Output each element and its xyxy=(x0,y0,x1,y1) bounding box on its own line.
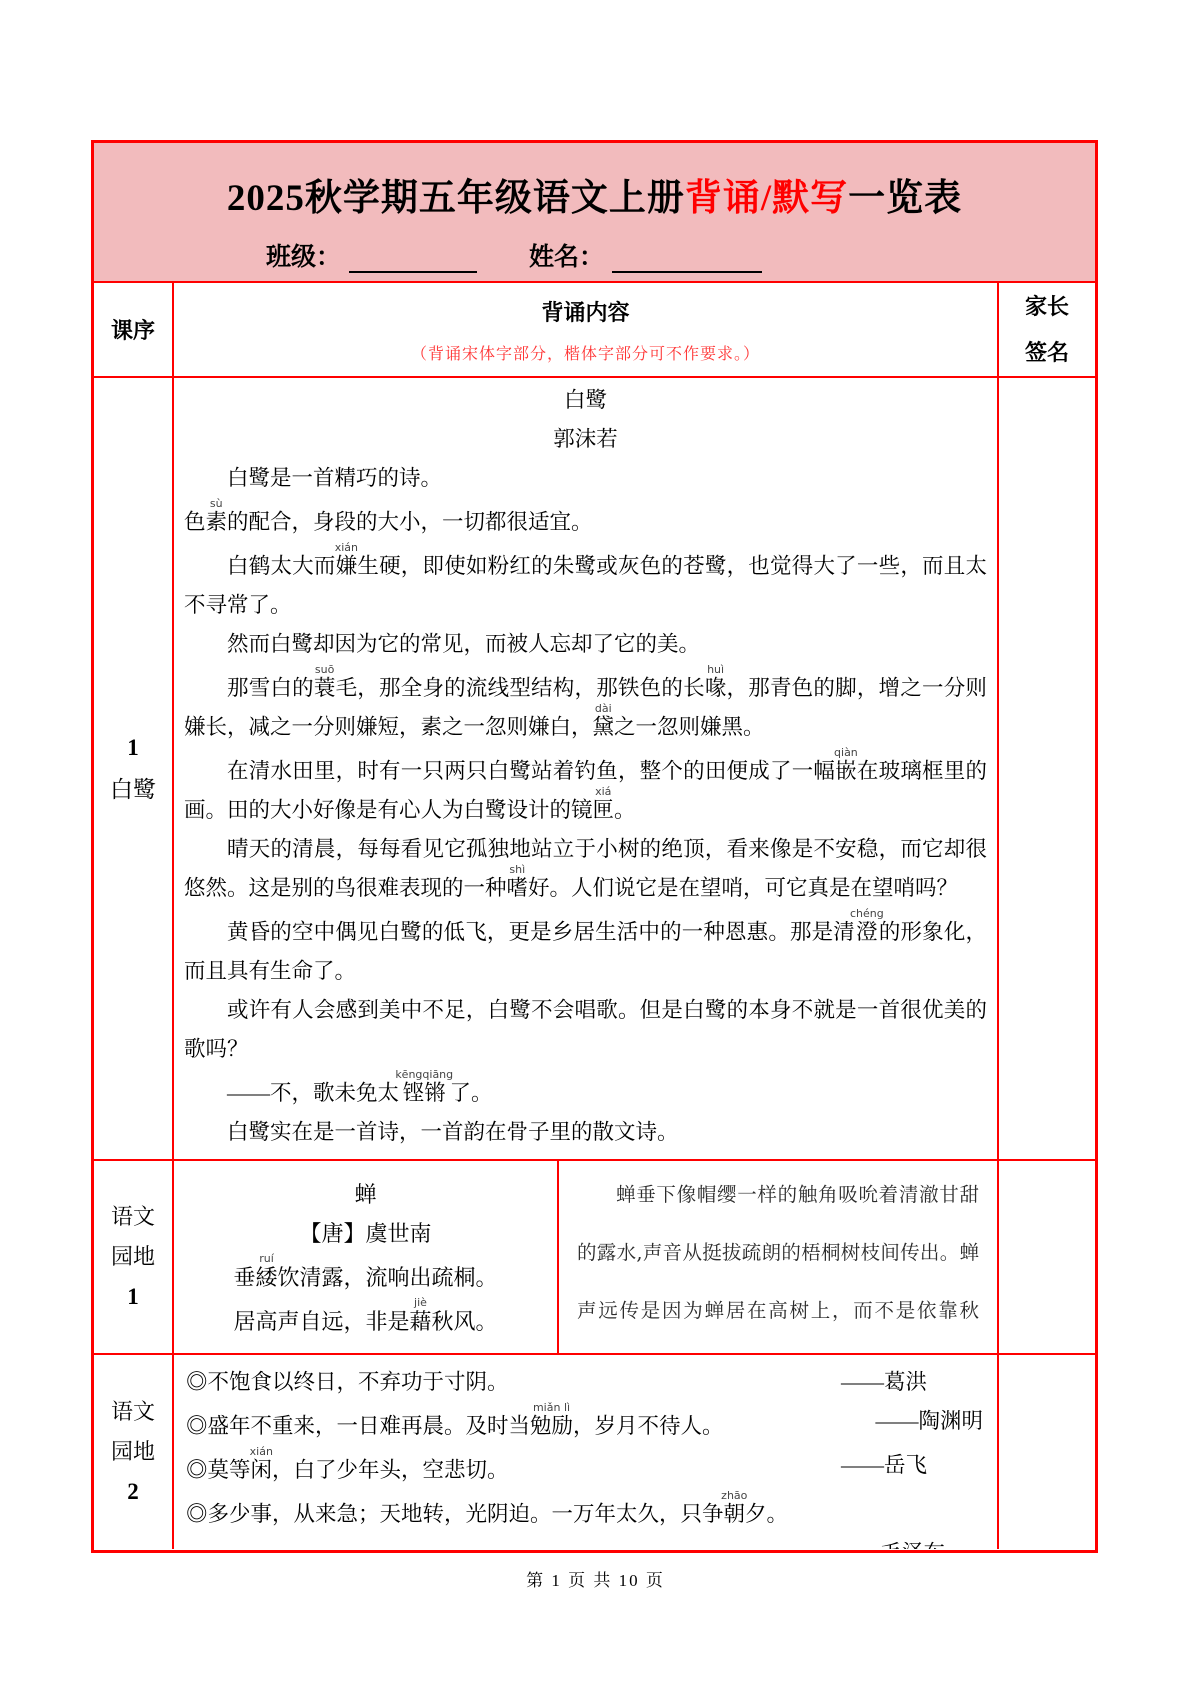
document-header: 2025秋学期五年级语文上册背诵/默写一览表 班级：姓名： xyxy=(94,143,1095,283)
essay-paragraph: ——不，歌未免太铿锵kēngqiāng了。 xyxy=(184,1069,987,1113)
recitation-font-note: （背诵宋体字部分，楷体字部分可不作要求。） xyxy=(411,341,760,364)
lesson1-order-cell: 1 白鹭 xyxy=(94,378,174,1161)
poem-line: 垂緌ruí饮清露，流响出疏桐。 xyxy=(233,1253,497,1297)
essay-paragraph: 在清水田里，时有一只两只白鹭站着钓鱼，整个的田便成了一幅嵌qiàn在玻璃框里的画… xyxy=(184,747,987,830)
essay-paragraph: 白鹭是一首精巧的诗。 xyxy=(184,459,987,498)
column-header-parent-signature: 家长 签名 xyxy=(999,283,1095,378)
lesson1-name: 白鹭 xyxy=(110,769,156,811)
garden1-content-cell: 蝉 【唐】虞世南 垂緌ruí饮清露，流响出疏桐。 居高声自远，非是藉jiè秋风。… xyxy=(174,1161,999,1355)
garden2-label-line1: 语文 xyxy=(111,1392,155,1432)
poem-cicada: 蝉 【唐】虞世南 垂緌ruí饮清露，流响出疏桐。 居高声自远，非是藉jiè秋风。 xyxy=(174,1161,559,1353)
page-number: 第 1 页 共 10 页 xyxy=(0,1566,1191,1591)
garden2-quotes-cell: ◎不饱食以终日，不弃功于寸阴。 ——葛洪 ◎盛年不重来，一日难再晨。及时当勉励m… xyxy=(174,1355,999,1549)
essay-paragraph: 或许有人会感到美中不足，白鹭不会唱歌。但是白鹭的本身不就是一首很优美的歌吗？ xyxy=(184,991,987,1069)
quote-author: ——毛泽东 xyxy=(186,1534,983,1549)
lesson1-number: 1 xyxy=(127,727,139,769)
garden1-label-line2: 园地 xyxy=(111,1237,155,1277)
name-label: 姓名： xyxy=(529,243,604,271)
page-title: 2025秋学期五年级语文上册背诵/默写一览表 xyxy=(94,143,1095,221)
essay-paragraph: 色素sù的配合，身段的大小，一切都很适宜。 xyxy=(184,498,987,542)
class-label: 班级： xyxy=(266,243,341,271)
quote-item: ◎盛年不重来，一日难再晨。及时当勉励miǎn lì，岁月不待人。 ——陶渊明 xyxy=(186,1402,983,1446)
poem-explanation-note: 蝉垂下像帽缨一样的触角吸吮着清澈甘甜的露水,声音从挺拔疏朗的梧桐树枝间传出。蝉声… xyxy=(559,1161,997,1353)
essay-paragraph: 然而白鹭却因为它的常见，而被人忘却了它的美。 xyxy=(184,625,987,664)
quote-text: ◎多少事，从来急；天地转，光阴迫。一万年太久，只争朝zhāo夕。 xyxy=(186,1490,788,1534)
garden1-label-cell: 语文 园地 1 xyxy=(94,1161,174,1355)
garden1-label-line1: 语文 xyxy=(111,1197,155,1237)
essay-paragraph: 那雪白的蓑suō毛，那全身的流线型结构，那铁色的长喙huì，那青色的脚，增之一分… xyxy=(184,664,987,747)
garden1-signature-cell[interactable] xyxy=(999,1161,1095,1355)
column-header-lesson-order: 课序 xyxy=(94,283,174,378)
essay-author: 郭沫若 xyxy=(184,420,987,459)
quote-author: ——岳飞 xyxy=(841,1446,927,1490)
garden2-signature-cell[interactable] xyxy=(999,1355,1095,1549)
parent-signature-header-line2: 签名 xyxy=(1025,330,1069,376)
recitation-table: 2025秋学期五年级语文上册背诵/默写一览表 班级：姓名： 课序 背诵内容 （背… xyxy=(91,140,1098,1553)
essay-paragraph: 白鹭实在是一首诗，一首韵在骨子里的散文诗。 xyxy=(184,1113,987,1152)
quote-author: ——陶渊明 xyxy=(875,1402,983,1446)
essay-title: 白鹭 xyxy=(184,381,987,420)
essay-paragraph: 黄昏的空中偶见白鹭的低飞，更是乡居生活中的一种恩惠。那是清澄chéng的形象化，… xyxy=(184,908,987,991)
quote-item: ◎多少事，从来急；天地转，光阴迫。一万年太久，只争朝zhāo夕。 xyxy=(186,1490,983,1534)
lesson-order-header-label: 课序 xyxy=(111,314,155,345)
quote-text: ◎不饱食以终日，不弃功于寸阴。 xyxy=(186,1363,509,1402)
garden1-number: 1 xyxy=(127,1277,139,1317)
lesson1-signature-cell[interactable] xyxy=(999,378,1095,1161)
garden2-number: 2 xyxy=(127,1472,139,1512)
lesson1-essay-cell: 白鹭 郭沫若 白鹭是一首精巧的诗。 色素sù的配合，身段的大小，一切都很适宜。 … xyxy=(174,378,999,1161)
quote-text: ◎莫等闲xián，白了少年头，空悲切。 xyxy=(186,1446,509,1490)
quote-item: ◎不饱食以终日，不弃功于寸阴。 ——葛洪 xyxy=(186,1363,983,1402)
student-info-row: 班级：姓名： xyxy=(94,237,1095,273)
garden2-label-cell: 语文 园地 2 xyxy=(94,1355,174,1549)
name-blank-field[interactable] xyxy=(612,248,762,273)
document-page: 2025秋学期五年级语文上册背诵/默写一览表 班级：姓名： 课序 背诵内容 （背… xyxy=(0,0,1191,1684)
class-blank-field[interactable] xyxy=(349,248,477,273)
parent-signature-header-line1: 家长 xyxy=(1025,284,1069,330)
poem-line: 居高声自远，非是藉jiè秋风。 xyxy=(233,1297,497,1341)
title-text-tail: 一览表 xyxy=(848,178,962,219)
poem-author: 【唐】虞世南 xyxy=(299,1214,431,1253)
quote-item: ◎莫等闲xián，白了少年头，空悲切。 ——岳飞 xyxy=(186,1446,983,1490)
content-grid: 课序 背诵内容 （背诵宋体字部分，楷体字部分可不作要求。） 家长 签名 1 白鹭… xyxy=(94,283,1095,1549)
poem-title: 蝉 xyxy=(354,1175,376,1214)
title-text-lead: 2025秋学期五年级语文上册 xyxy=(227,178,685,219)
title-text-accent: 背诵/默写 xyxy=(685,178,848,219)
quote-author: ——葛洪 xyxy=(841,1363,927,1402)
quote-text: ◎盛年不重来，一日难再晨。及时当勉励miǎn lì，岁月不待人。 xyxy=(186,1402,724,1446)
essay-paragraph: 白鹤太大而嫌xián生硬，即使如粉红的朱鹭或灰色的苍鹭，也觉得大了一些，而且太不… xyxy=(184,542,987,625)
recitation-content-header-label: 背诵内容 xyxy=(541,296,629,327)
column-header-recitation-content: 背诵内容 （背诵宋体字部分，楷体字部分可不作要求。） xyxy=(174,283,999,378)
garden2-label-line2: 园地 xyxy=(111,1432,155,1472)
essay-paragraph: 晴天的清晨，每每看见它孤独地站立于小树的绝顶，看来像是不安稳，而它却很悠然。这是… xyxy=(184,830,987,908)
